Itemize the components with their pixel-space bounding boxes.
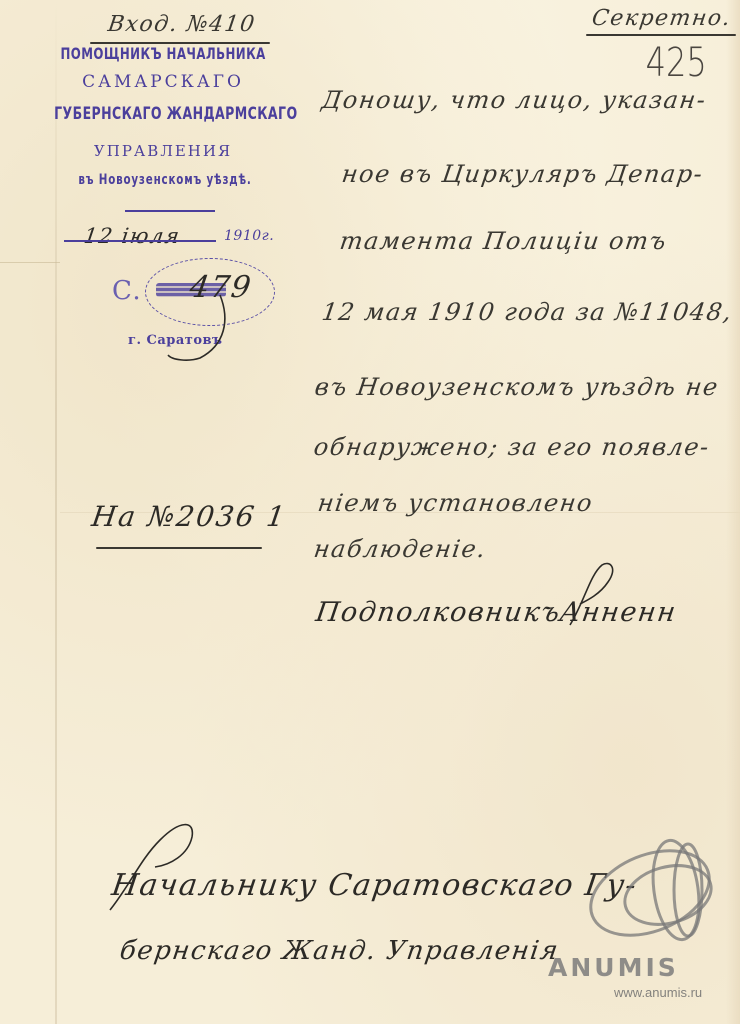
body-line-4: 12 мая 1910 года за №11048, [320,298,734,326]
classification-underline [586,34,736,36]
stamp-line-2: САМАРСКАГО [38,72,288,92]
body-line-7: ніемъ установлено [316,489,595,517]
date-line [64,240,216,242]
signature-flourish-icon [560,560,640,630]
addressee-flourish-icon [100,815,280,915]
reference-underline [96,547,262,549]
pen-stroke-icon [160,290,240,365]
date-year: 1910г. [224,228,274,244]
stamp-line-1: ПОМОЩНИКЪ НАЧАЛЬНИКА [61,44,266,63]
stamp-divider [125,210,215,212]
body-line-6: обнаружено; за его появле- [312,433,712,461]
stamp-line-3: ГУБЕРНСКАГО ЖАНДАРМСКАГО [54,104,274,124]
watermark-brand: ANUMIS [548,953,679,982]
body-line-2: ное въ Циркуляръ Депар- [340,160,705,188]
stamp-line-4: УПРАВЛЕНИЯ [38,142,288,160]
body-line-3: тамента Полиціи отъ [338,227,669,255]
stamp-line-5: въ Новоузенскомъ уѣздѣ. [63,172,268,188]
paper-fold-mark [0,262,60,263]
oval-stamp-prefix: С. [112,276,141,306]
watermark-url: www.anumis.ru [614,985,702,1000]
body-line-5: въ Новоузенскомъ уѣздѣ не [313,373,721,401]
date-day-month: 12 іюля [82,224,182,248]
paper-edge-shadow [726,0,740,1024]
body-line-8: наблюденіе. [312,535,488,563]
signature-rank: Подполковникъ [314,597,563,628]
classification-label: Секретно. [590,6,733,31]
incoming-number-note: Вход. №410 [106,12,257,37]
reference-number: На №2036 1 [90,500,289,533]
outgoing-number: 425 [646,40,707,86]
addressee-line-2: бернскаго Жанд. Управленія [118,936,561,966]
body-line-1: Доношу, что лицо, указан- [320,86,708,114]
anumis-logo-icon [580,835,720,945]
